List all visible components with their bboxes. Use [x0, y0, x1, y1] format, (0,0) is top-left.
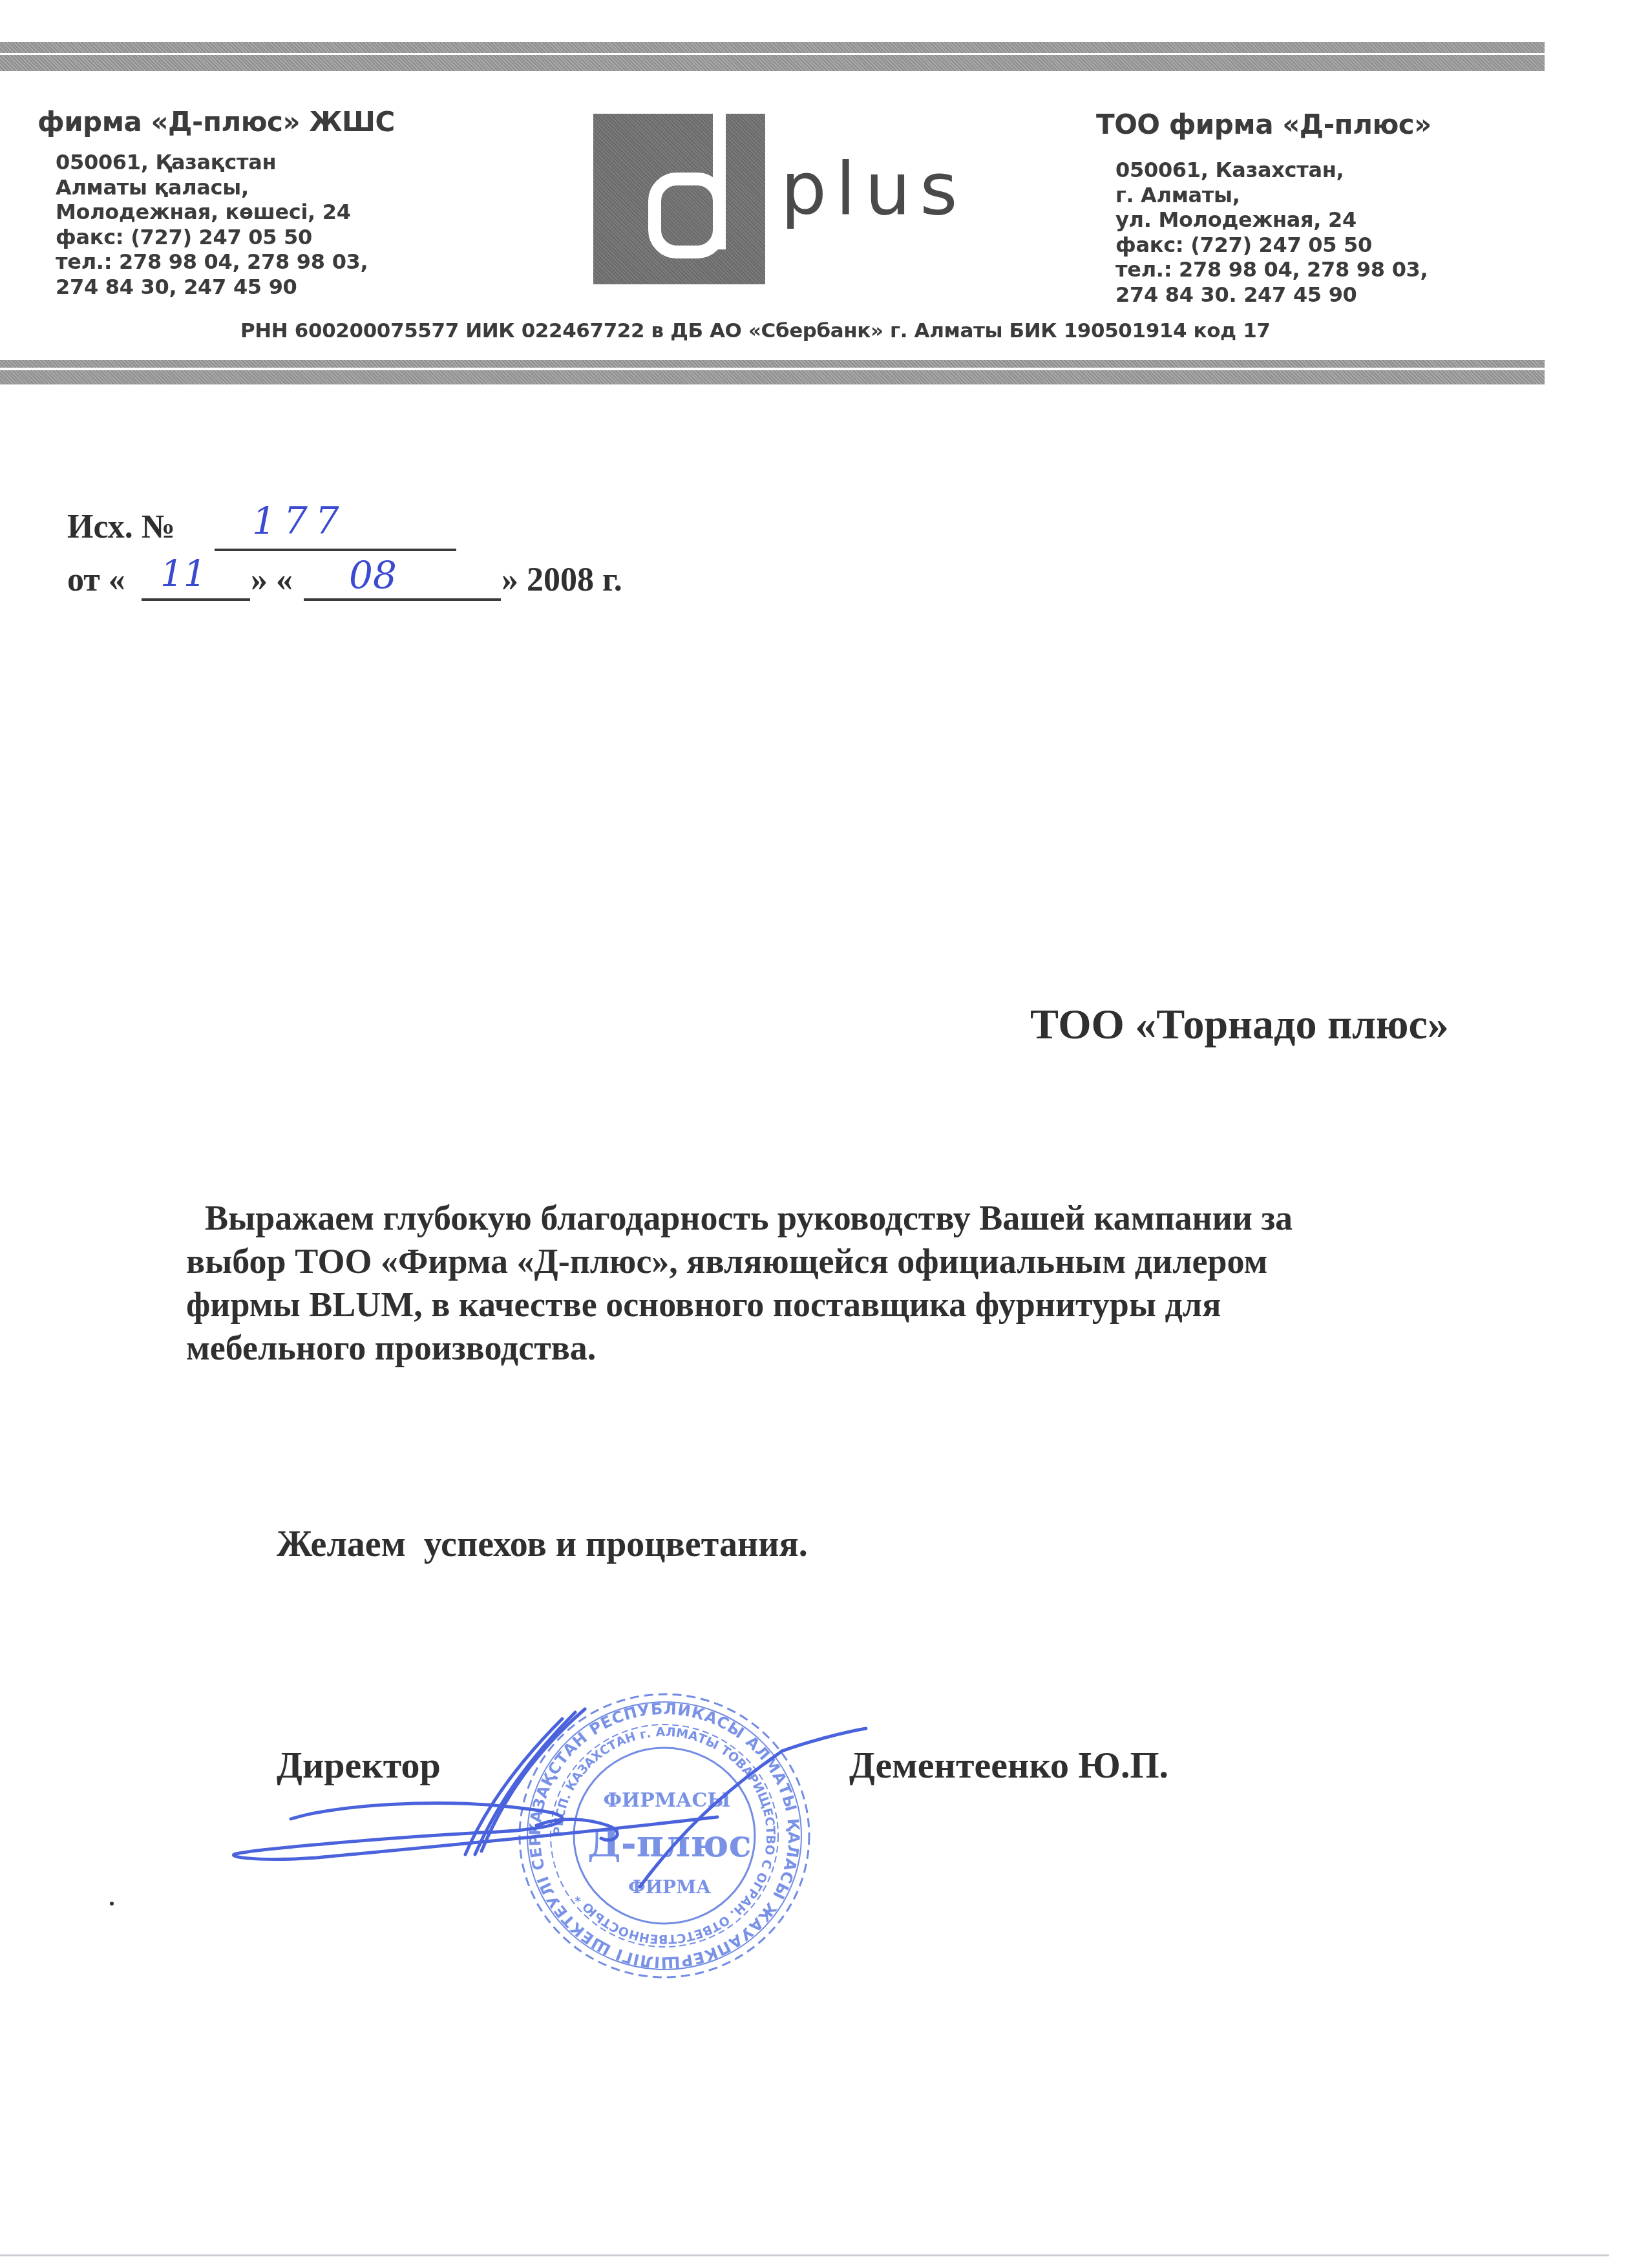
left-company-address: 050061, Қазақстан Алматы қаласы, Молодеж… — [56, 150, 368, 299]
outgoing-number-underline — [215, 549, 456, 551]
body-line: фирмы BLUM, в качестве основного поставщ… — [186, 1283, 1293, 1327]
right-address-line: ул. Молодежная, 24 — [1115, 207, 1428, 233]
left-phone: тел.: 278 98 04, 278 98 03, — [56, 249, 368, 275]
date-day: 11 — [160, 553, 206, 595]
date-year: » 2008 г. — [502, 561, 622, 599]
left-address-line: Алматы қаласы, — [56, 175, 368, 200]
logo-wordmark: plus — [781, 147, 967, 231]
date-separator: » « — [251, 561, 293, 599]
date-day-underline — [142, 598, 250, 601]
recipient: ТОО «Торнадо плюс» — [1030, 1000, 1449, 1049]
date-prefix: от « — [67, 561, 125, 599]
signatory-name: Дементеенко Ю.П. — [849, 1743, 1168, 1787]
left-address-line: Молодежная, көшесі, 24 — [56, 200, 368, 225]
bank-details: РНН 600200075577 ИИК 022467722 в ДБ АО «… — [240, 319, 1270, 342]
outgoing-number: 177 — [252, 499, 347, 543]
outgoing-label: Исх. № — [67, 508, 175, 546]
date-month-underline — [304, 598, 501, 601]
header-bar-bottom-thin — [0, 360, 1545, 368]
right-phone: 274 84 30. 247 45 90 — [1115, 282, 1428, 308]
right-phone: тел.: 278 98 04, 278 98 03, — [1115, 257, 1428, 282]
body-line: Выражаем глубокую благодарность руководс… — [186, 1197, 1293, 1240]
date-month: 08 — [349, 553, 397, 597]
wishes: Желаем успехов и процветания. — [277, 1524, 808, 1565]
right-fax: факс: (727) 247 05 50 — [1115, 233, 1428, 258]
logo-d-bowl-icon — [648, 173, 726, 258]
letter-body: Выражаем глубокую благодарность руководс… — [186, 1197, 1293, 1370]
header-bar-top-thick — [0, 55, 1545, 71]
right-company-title: ТОО фирма «Д-плюс» — [1096, 109, 1431, 140]
left-address-line: 050061, Қазақстан — [56, 150, 368, 175]
right-company-address: 050061, Казахстан, г. Алматы, ул. Молоде… — [1115, 158, 1428, 307]
stray-dot — [110, 1902, 114, 1906]
left-fax: факс: (727) 247 05 50 — [56, 225, 368, 250]
scan-edge-line — [0, 2254, 1609, 2256]
left-company-title: фирма «Д-плюс» ЖШС — [37, 106, 395, 138]
body-line: мебельного производства. — [186, 1327, 1293, 1370]
right-address-line: 050061, Казахстан, — [1115, 158, 1428, 183]
header-bar-bottom-thick — [0, 370, 1545, 384]
handwritten-signature-icon — [226, 1693, 872, 1913]
right-address-line: г. Алматы, — [1115, 183, 1428, 208]
left-phone: 274 84 30, 247 45 90 — [56, 275, 368, 300]
body-line: выбор ТОО «Фирма «Д-плюс», являющейся оф… — [186, 1240, 1293, 1283]
header-bar-top-thin — [0, 42, 1545, 53]
